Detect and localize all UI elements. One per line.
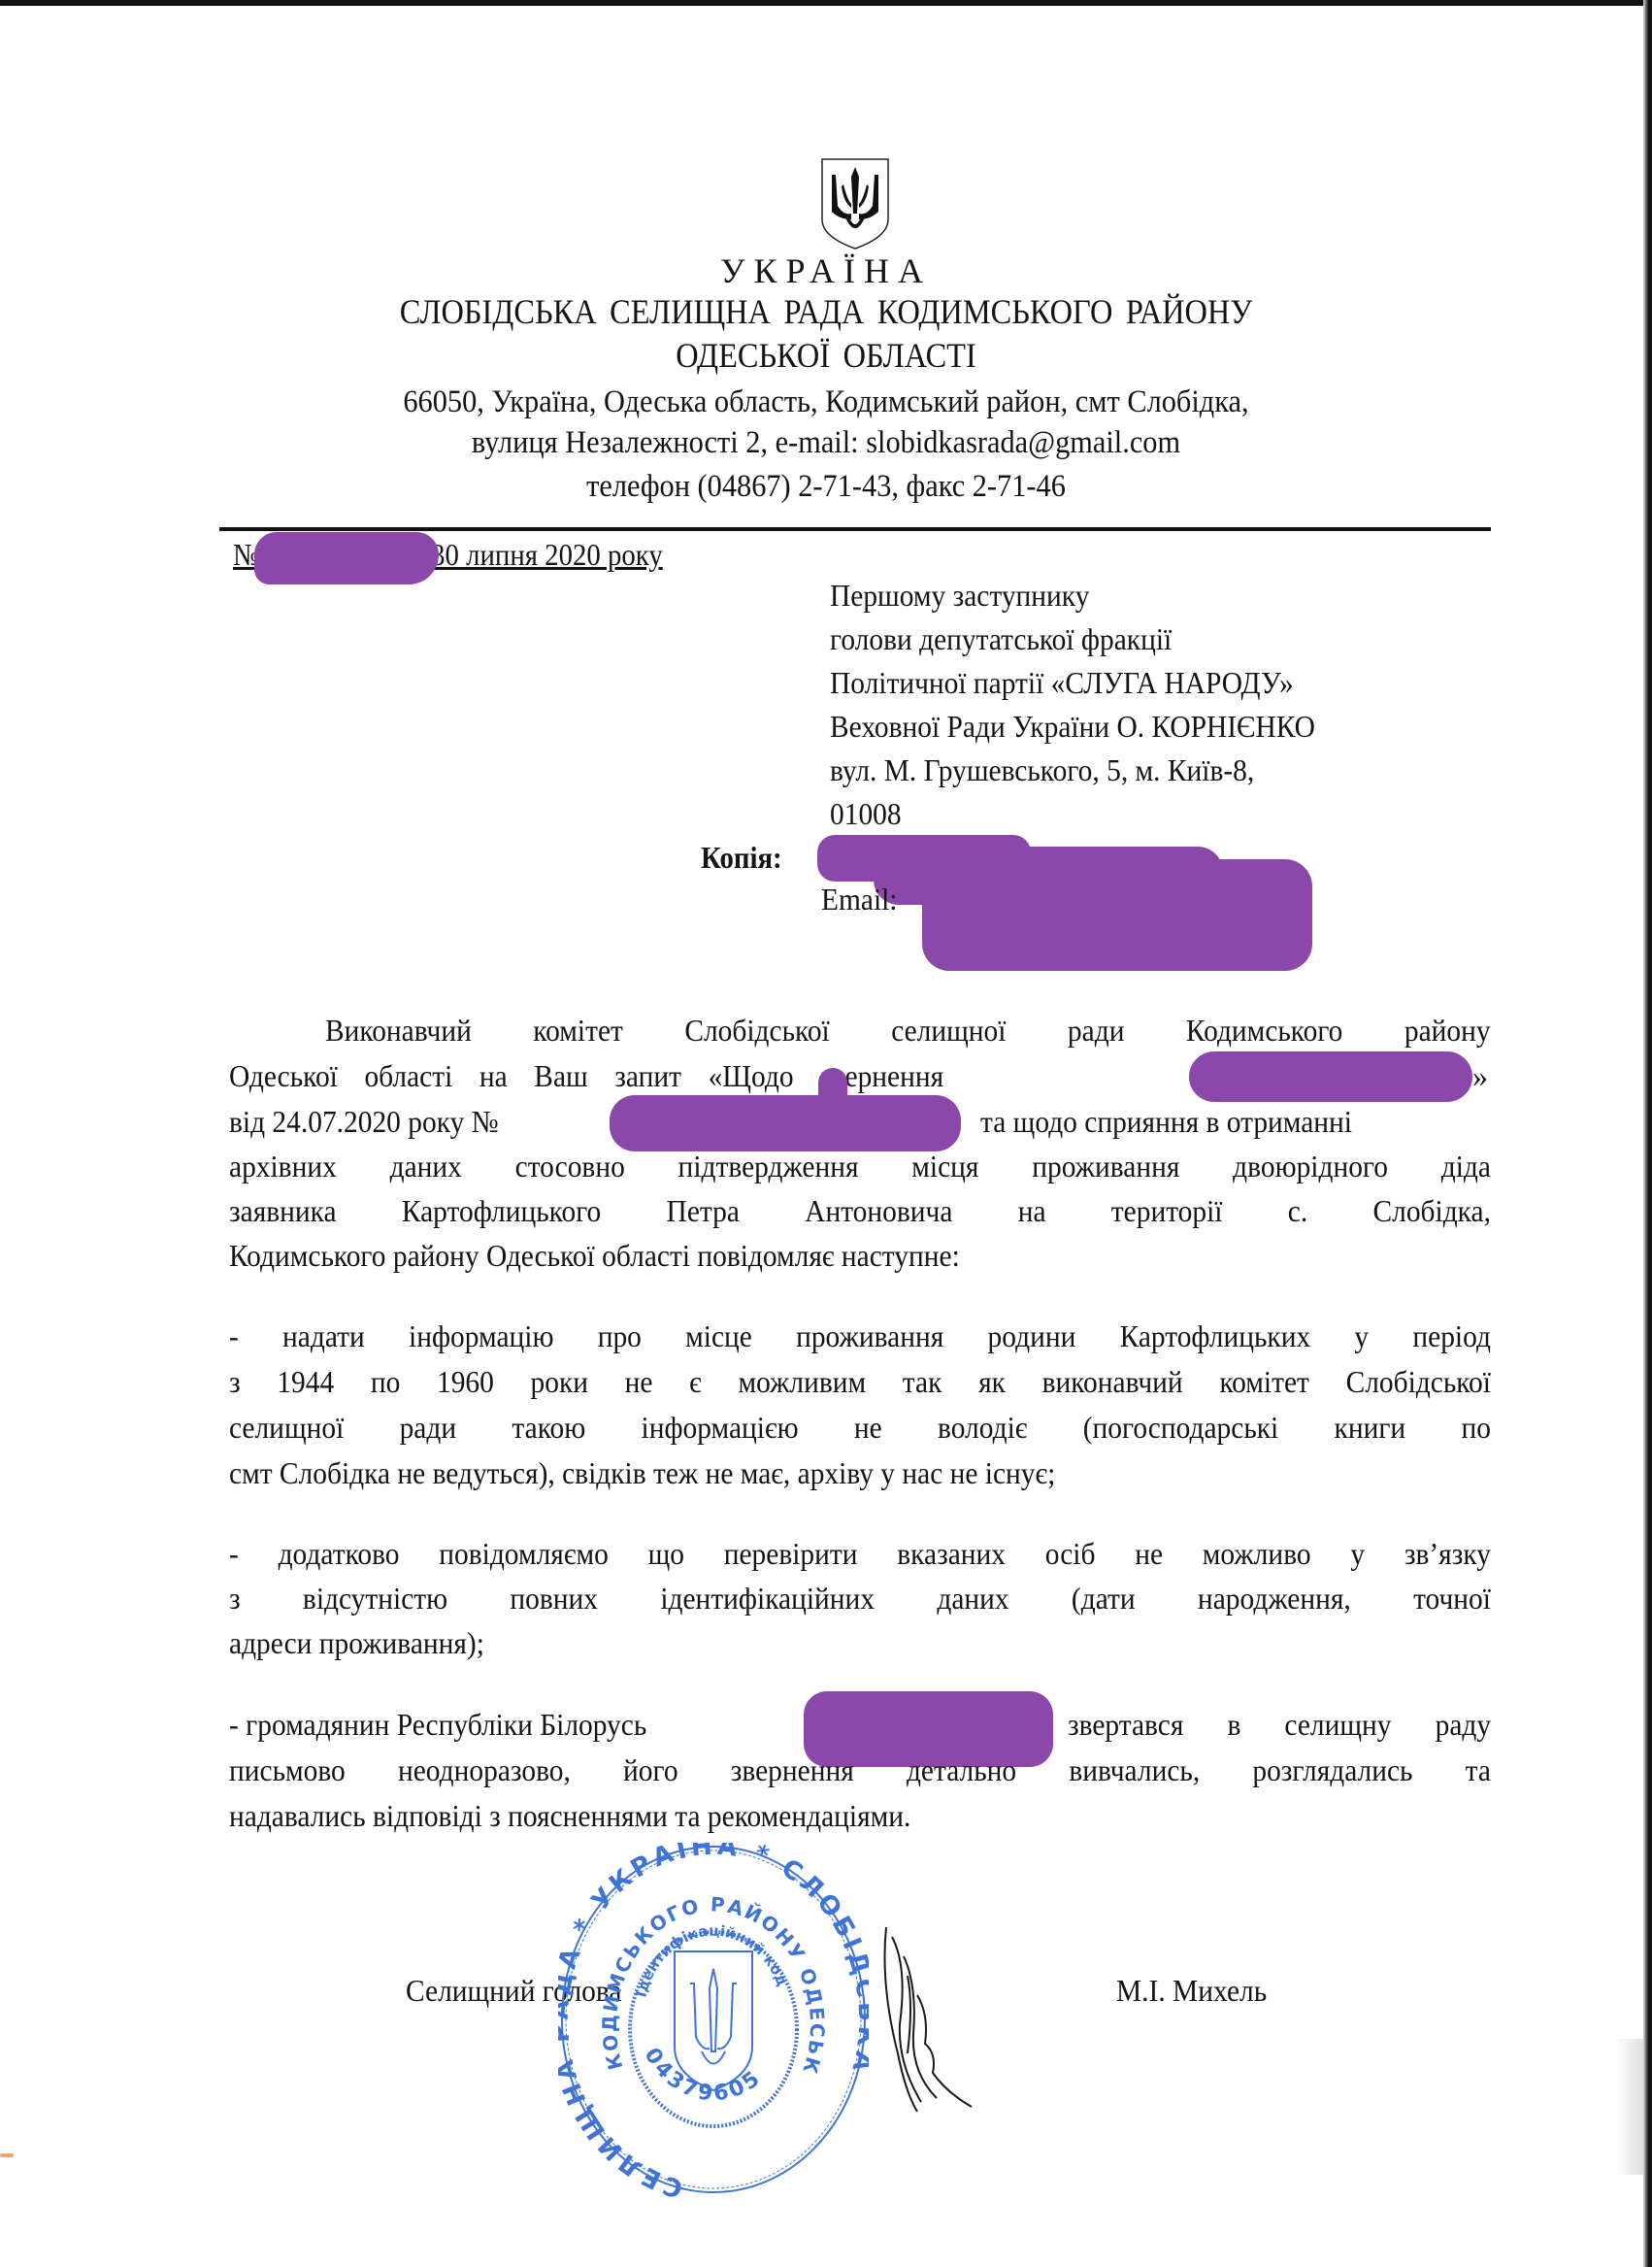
council-address-line1: 66050, Україна, Одеська область, Кодимсь… (66, 384, 1586, 420)
redaction-email (922, 859, 1312, 971)
council-phone-fax: телефон (04867) 2-71-43, факс 2-71-46 (66, 469, 1586, 505)
scan-edge-top (0, 0, 1652, 6)
point3-text: звертався в селищну раду (1068, 1707, 1491, 1743)
body-intro-line: Кодимського району Одеської області пові… (229, 1238, 960, 1274)
redaction-request-number (610, 1095, 961, 1151)
point3-text: - громадянин Республіки Білорусь (229, 1707, 646, 1743)
point1-line: - надати інформацію про місце проживання… (229, 1318, 1491, 1354)
point2-line: з відсутністю повних ідентифікаційних да… (229, 1581, 1491, 1617)
handwritten-signature-icon (878, 1908, 985, 2121)
redaction-reference-number (254, 532, 439, 584)
signatory-name: М.І. Михель (1116, 1973, 1267, 2009)
quote-close: » (1472, 1058, 1488, 1094)
tryzub-coat-of-arms-icon (818, 155, 892, 250)
official-seal-stamp: СЕЛИЩНА РАДА * УКРАЇНА * СЛОБІДСЬКА КОДИ… (558, 1843, 869, 2197)
email-label: Email: (821, 882, 897, 917)
addressee-line: Веховної Ради України О. КОРНІЄНКО (830, 709, 1315, 745)
body-intro-line: заявника Картофлицького Петра Антоновича… (229, 1193, 1491, 1229)
scan-edge-right (1643, 0, 1652, 2267)
body-intro-line: Виконавчий комітет Слобідської селищної … (325, 1013, 1491, 1049)
point2-line: - додатково повідомляємо що перевірити в… (229, 1536, 1491, 1572)
point1-line: селищної ради такою інформацією не волод… (229, 1410, 1491, 1446)
council-name-line2: ОДЕСЬКОЇ ОБЛАСТІ (83, 335, 1569, 376)
scan-mark (0, 2153, 14, 2157)
addressee-postcode: 01008 (830, 796, 902, 832)
redaction-request-number (818, 1068, 847, 1117)
addressee-line: Першому заступнику (830, 578, 1089, 614)
scan-shadow (1614, 2039, 1643, 2175)
point3-line: надавались відповіді з поясненнями та ре… (229, 1798, 910, 1834)
country-heading: УКРАЇНА (0, 250, 1652, 291)
point1-line: смт Слобідка не ведуться), свідків теж н… (229, 1455, 1055, 1491)
addressee-line: вул. М. Грушевського, 5, м. Київ-8, (830, 752, 1254, 788)
addressee-line: голови депутатської фракції (830, 621, 1172, 657)
body-intro-text: та щодо сприяння в отриманні (980, 1104, 1352, 1140)
copy-label: Копія: (701, 840, 782, 876)
addressee-line: Політичної партії «СЛУГА НАРОДУ» (830, 665, 1294, 701)
header-divider (219, 527, 1491, 531)
council-name-line1: СЛОБІДСЬКА СЕЛИЩНА РАДА КОДИМСЬКОГО РАЙО… (83, 291, 1569, 332)
redaction-applicant-name (1189, 1051, 1472, 1102)
council-address-line2: вулиця Незалежності 2, e-mail: slobidkas… (66, 425, 1586, 461)
point2-line: адреси проживання); (229, 1625, 484, 1661)
point1-line: з 1944 по 1960 роки не є можливим так як… (229, 1364, 1491, 1400)
body-intro-text: від 24.07.2020 року № (229, 1104, 499, 1140)
body-intro-line: архівних даних стосовно підтвердження мі… (229, 1149, 1491, 1184)
point3-line: письмово неодноразово, його звернення де… (229, 1752, 1491, 1788)
